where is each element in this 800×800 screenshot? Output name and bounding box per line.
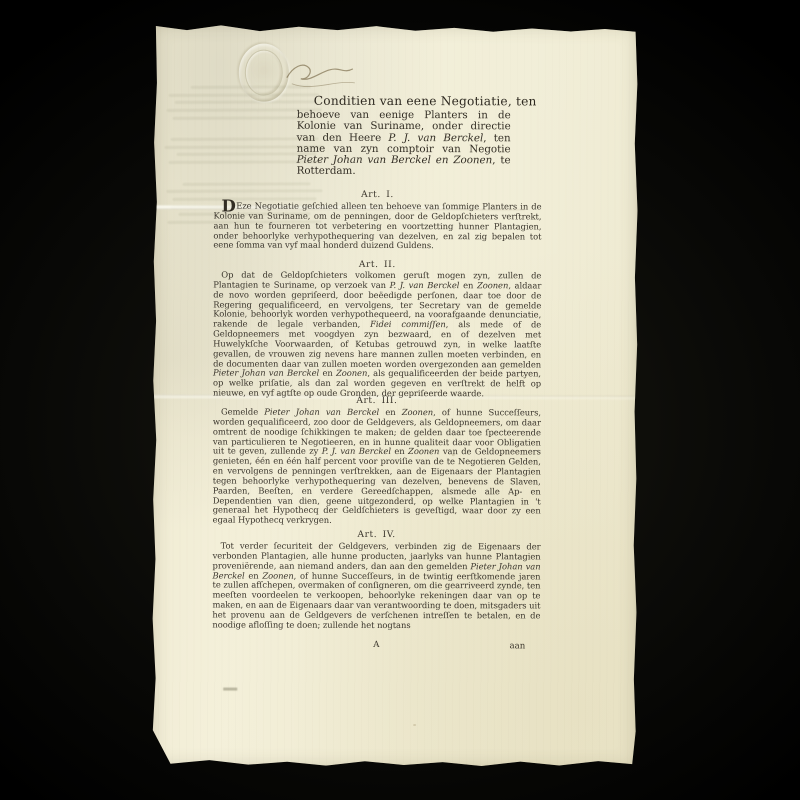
article-paragraph-3: Gemelde Pieter Johan van Berckel en Zoon… <box>213 408 541 527</box>
ink-paraph <box>283 54 361 94</box>
text-run: Gemelde <box>221 407 264 417</box>
text-run: P. J. van Berckel <box>322 446 391 456</box>
press-signature-mark: A <box>212 640 540 651</box>
text-run: Zoonen <box>262 570 293 580</box>
text-run: en <box>245 570 263 580</box>
text-run: P. J. van Berckel <box>390 280 460 290</box>
document-title-line1: Conditien van eene Negotiatie, ten <box>314 94 511 109</box>
text-run: Fidei commiſſen <box>370 319 446 329</box>
text-run: Zoonen <box>477 280 508 290</box>
seal-inner-ring <box>245 50 283 96</box>
text-run: Eze Negotiatie geſchied alleen ten behoe… <box>213 201 541 251</box>
text-run: en <box>391 446 408 456</box>
article-heading-1: Art. I. <box>214 190 542 201</box>
text-run: en <box>319 368 336 378</box>
document-title-rest: behoeve van eenige Planters in de Koloni… <box>297 110 511 178</box>
document-page: Conditien van eene Negotiatie, ten behoe… <box>151 23 639 768</box>
text-run: , of hunne Succeſſeurs, in de twintig ee… <box>212 570 540 630</box>
article-heading-3: Art. III. <box>213 396 541 407</box>
photo-backdrop: Conditien van eene Negotiatie, ten behoe… <box>0 0 800 800</box>
document-title: Conditien van eene Negotiatie, ten behoe… <box>297 94 511 178</box>
text-run: Pieter Johan van Berckel <box>264 407 379 417</box>
text-run: en <box>379 407 402 417</box>
paper-spot <box>452 454 455 456</box>
article-paragraph-1: DEze Negotiatie geſchied alleen ten beho… <box>213 202 541 252</box>
paper-spot <box>243 624 245 626</box>
article-paragraph-2: Op dat de Geldopſchieters volkomen geruſ… <box>213 271 541 400</box>
text-run: en <box>459 280 477 290</box>
ink-smudge <box>223 688 237 691</box>
article-heading-4: Art. IV. <box>213 530 541 541</box>
text-run: Zoonen <box>408 446 439 456</box>
blind-embossed-seal <box>239 44 289 102</box>
text-run: van de Geldopneemers genieten, één en éé… <box>213 446 541 525</box>
catchword: aan <box>510 641 526 651</box>
text-run: Zoonen <box>402 407 433 417</box>
page-footer: A aan <box>212 640 540 651</box>
text-run: Pieter Johan van Berckel <box>213 368 319 378</box>
text-run: Zoonen <box>336 368 367 378</box>
article-paragraph-4: Tot verder ſecuriteit der Geldgevers, ve… <box>212 542 540 631</box>
paper-spot <box>413 724 416 726</box>
